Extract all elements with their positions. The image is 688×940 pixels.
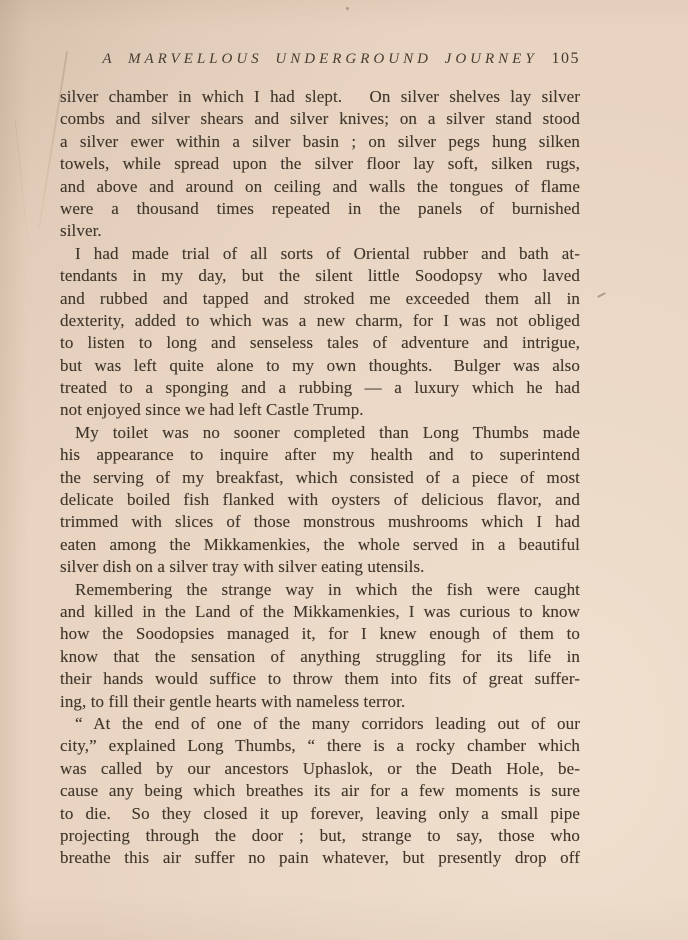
text-line: silver chamber in which I had slept. On … (60, 86, 580, 108)
text-line: silver. (60, 220, 580, 242)
text-line: cause any being which breathes its air f… (60, 780, 580, 802)
text-line: how the Soodopsies managed it, for I kne… (60, 623, 580, 645)
text-line: to die. So they closed it up forever, le… (60, 803, 580, 825)
page-number: 105 (552, 50, 581, 68)
book-page: A MARVELLOUS UNDERGROUND JOURNEY 105 sil… (0, 0, 688, 940)
text-line: combs and silver shears and silver knive… (60, 108, 580, 130)
text-line: tendants in my day, but the silent littl… (60, 265, 580, 287)
running-title: A MARVELLOUS UNDERGROUND JOURNEY (60, 51, 580, 68)
text-line: his appearance to inquire after my healt… (60, 444, 580, 466)
text-line: their hands would suffice to throw them … (60, 668, 580, 690)
paragraph: silver chamber in which I had slept. On … (60, 86, 580, 243)
paper-speck (597, 292, 606, 298)
text-line: ing, to fill their gentle hearts with na… (60, 691, 580, 713)
text-line: and killed in the Land of the Mikkamenki… (60, 601, 580, 623)
paragraph: I had made trial of all sorts of Orienta… (60, 243, 580, 422)
text-line: My toilet was no sooner completed than L… (60, 422, 580, 444)
text-line: and rubbed and tapped and stroked me exc… (60, 288, 580, 310)
text-line: but was left quite alone to my own thoug… (60, 355, 580, 377)
text-line: not enjoyed since we had left Castle Tru… (60, 399, 580, 421)
text-line: delicate boiled fish flanked with oyster… (60, 489, 580, 511)
text-line: eaten among the Mikkamenkies, the whole … (60, 534, 580, 556)
text-line: know that the sensation of anything stru… (60, 646, 580, 668)
text-line: and above and around on ceiling and wall… (60, 176, 580, 198)
paper-crease (15, 120, 31, 259)
text-line: was called by our ancestors Uphaslok, or… (60, 758, 580, 780)
text-line: breathe this air suffer no pain whatever… (60, 847, 580, 869)
text-line: projecting through the door ; but, stran… (60, 825, 580, 847)
text-line: a silver ewer within a silver basin ; on… (60, 131, 580, 153)
page-header: A MARVELLOUS UNDERGROUND JOURNEY 105 (60, 51, 580, 73)
text-line: silver dish on a silver tray with silver… (60, 556, 580, 578)
paragraph: Remembering the strange way in which the… (60, 579, 580, 713)
text-line: Remembering the strange way in which the… (60, 579, 580, 601)
text-line: dexterity, added to which was a new char… (60, 310, 580, 332)
text-line: I had made trial of all sorts of Orienta… (60, 243, 580, 265)
page-body: silver chamber in which I had slept. On … (60, 86, 580, 870)
text-line: to listen to long and senseless tales of… (60, 332, 580, 354)
paragraph: “ At the end of one of the many corridor… (60, 713, 580, 870)
text-line: the serving of my breakfast, which consi… (60, 467, 580, 489)
paragraph: My toilet was no sooner completed than L… (60, 422, 580, 579)
text-line: “ At the end of one of the many corridor… (60, 713, 580, 735)
text-line: trimmed with slices of those monstrous m… (60, 511, 580, 533)
text-line: treated to a sponging and a rubbing — a … (60, 377, 580, 399)
text-line: city,” explained Long Thumbs, “ there is… (60, 735, 580, 757)
text-line: were a thousand times repeated in the pa… (60, 198, 580, 220)
paper-speck (346, 7, 349, 10)
text-line: towels, while spread upon the silver flo… (60, 153, 580, 175)
